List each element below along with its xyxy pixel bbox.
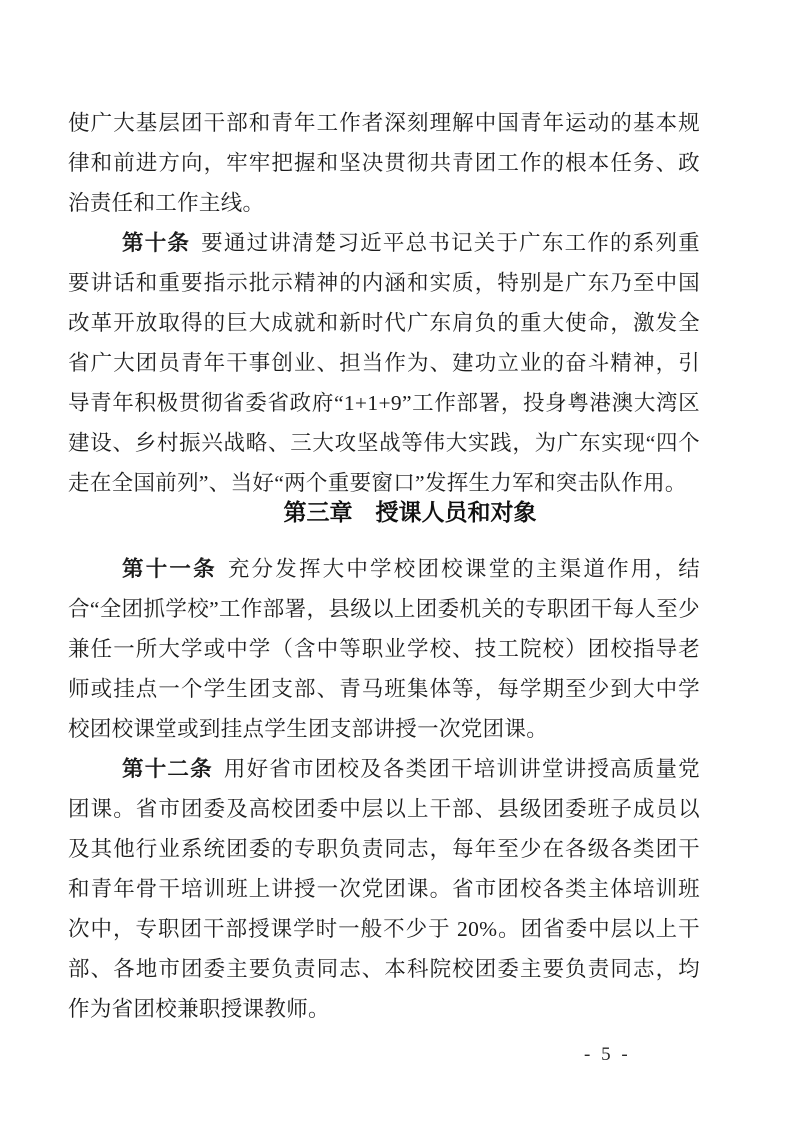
article-10-label: 第十条: [122, 231, 190, 255]
paragraph-text: 要通过讲清楚习近平总书记关于广东工作的系列重要讲话和重要指示批示精神的内涵和实质…: [68, 231, 700, 495]
article-11-label: 第十一条: [122, 557, 217, 581]
paragraph-text: 用好省市团校及各类团干培训讲堂讲授高质量党团课。省市团委及高校团委中层以上干部、…: [68, 757, 700, 1021]
article-12-label: 第十二条: [122, 757, 213, 781]
paragraph-article-11: 第十一条充分发挥大中学校团校课堂的主渠道作用，结合“全团抓学校”工作部署，县级以…: [68, 549, 700, 749]
paragraph-text: 使广大基层团干部和青年工作者深刻理解中国青年运动的基本规律和前进方向，牢牢把握和…: [68, 111, 700, 215]
paragraph-continuation: 使广大基层团干部和青年工作者深刻理解中国青年运动的基本规律和前进方向，牢牢把握和…: [68, 103, 700, 223]
paragraph-text: 充分发挥大中学校团校课堂的主渠道作用，结合“全团抓学校”工作部署，县级以上团委机…: [68, 557, 700, 741]
page-number: - 5 -: [584, 1043, 631, 1067]
paragraph-article-12: 第十二条用好省市团校及各类团干培训讲堂讲授高质量党团课。省市团委及高校团委中层以…: [68, 749, 700, 1029]
chapter-heading: 第三章 授课人员和对象: [94, 497, 726, 527]
document-page: 使广大基层团干部和青年工作者深刻理解中国青年运动的基本规律和前进方向，牢牢把握和…: [0, 0, 793, 1121]
paragraph-article-10: 第十条要通过讲清楚习近平总书记关于广东工作的系列重要讲话和重要指示批示精神的内涵…: [68, 223, 700, 503]
